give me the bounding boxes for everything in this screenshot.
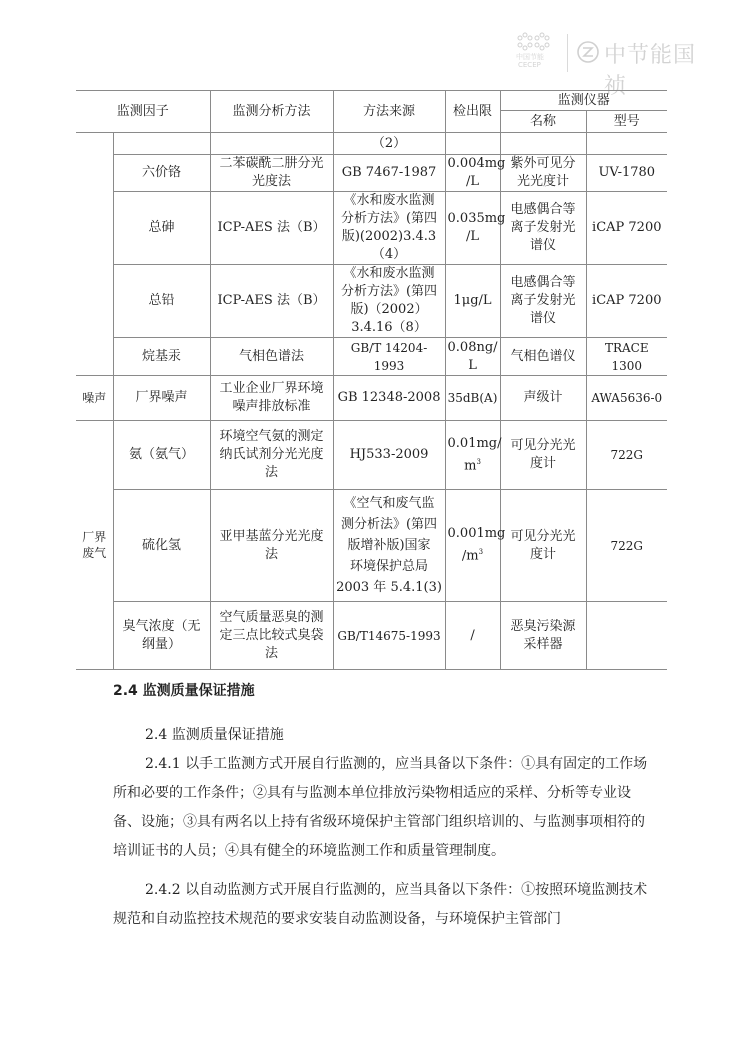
source-cell: 《水和废水监测分析方法》(第四版)(2002)3.4.3（4） xyxy=(333,192,445,265)
method-cell: 工业企业厂界环境噪声排放标准 xyxy=(210,376,333,421)
name-line: 度计 xyxy=(530,456,556,471)
factor-cell: 硫化氢 xyxy=(113,490,210,602)
table-row: 厂界废气 氨（氨气） 环境空气氨的测定纳氏试剂分光光度法 HJ533-2009 … xyxy=(76,421,667,490)
factor-cell xyxy=(113,133,210,155)
method-cell: 二苯碳酰二肼分光光度法 xyxy=(210,155,333,192)
table-row: 噪声 厂界噪声 工业企业厂界环境噪声排放标准 GB 12348-2008 35d… xyxy=(76,376,667,421)
method-line: 空气质量恶臭的测 xyxy=(220,610,324,625)
method-line: 法 xyxy=(265,547,278,562)
instrument-name-cell: 电感偶合等离子发射光谱仪 xyxy=(500,265,586,338)
instrument-name-cell: 气相色谱仪 xyxy=(500,338,586,376)
source-line: 分析方法》(第四 xyxy=(341,284,437,299)
factor-cell: 氨（氨气） xyxy=(113,421,210,490)
limit-line: m xyxy=(464,458,476,473)
paragraph-2-4-1: 2.4.1 以手工监测方式开展自行监测的，应当具备以下条件：①具有固定的工作场所… xyxy=(113,750,658,866)
limit-line: 0.08ng/ xyxy=(448,340,498,355)
category-cell-noise: 噪声 xyxy=(76,376,113,421)
instrument-name-cell: 可见分光光度计 xyxy=(500,490,586,602)
header-limit: 检出限 xyxy=(445,91,500,133)
factor-cell: 厂界噪声 xyxy=(113,376,210,421)
source-line: 3.4.16（8） xyxy=(351,320,427,335)
source-cell: 《水和废水监测分析方法》(第四版)（2002）3.4.16（8） xyxy=(333,265,445,338)
table-row: 硫化氢 亚甲基蓝分光光度法 《空气和废气监测分析法》(第四版增补版)国家环境保护… xyxy=(76,490,667,602)
source-cell: HJ533-2009 xyxy=(333,421,445,490)
factor-cell: 臭气浓度（无纲量） xyxy=(113,602,210,670)
instrument-model-cell: 722G xyxy=(586,490,667,602)
method-cell: 环境空气氨的测定纳氏试剂分光光度法 xyxy=(210,421,333,490)
method-cell xyxy=(210,133,333,155)
method-line: 法 xyxy=(265,465,278,480)
factor-cell: 总铅 xyxy=(113,265,210,338)
source-line: 测分析法》(第四 xyxy=(341,517,437,532)
limit-cell: 0.004mg/L xyxy=(445,155,500,192)
name-line: 电感偶合等 xyxy=(511,202,576,217)
header-method: 监测分析方法 xyxy=(210,91,333,133)
name-line: 电感偶合等 xyxy=(511,275,576,290)
source-line: 版增补版)国家 xyxy=(347,538,430,553)
header-instrument-model: 型号 xyxy=(586,111,667,133)
watermark-logo: 中国节能 CECEP 中节能国祯 xyxy=(510,32,710,72)
source-cell: GB 7467-1987 xyxy=(333,155,445,192)
limit-line: /m xyxy=(462,549,479,564)
limit-line: L xyxy=(468,358,477,373)
instrument-model-cell: AWA5636-0 xyxy=(586,376,667,421)
instrument-name-cell: 电感偶合等离子发射光谱仪 xyxy=(500,192,586,265)
header-factor: 监测因子 xyxy=(76,91,210,133)
factor-cell: 总砷 xyxy=(113,192,210,265)
table-row: 总砷 ICP-AES 法（B） 《水和废水监测分析方法》(第四版)(2002)3… xyxy=(76,192,667,265)
method-cell: 空气质量恶臭的测定三点比较式臭袋法 xyxy=(210,602,333,670)
source-cell: 《空气和废气监测分析法》(第四版增补版)国家环境保护总局2003 年 5.4.1… xyxy=(333,490,445,602)
name-line: 紫外可见分 xyxy=(511,156,576,171)
limit-cell: 0.001mg/m3 xyxy=(445,490,500,602)
paragraph-2-4-2: 2.4.2 以自动监测方式开展自行监测的，应当具备以下条件：①按照环境监测技术规… xyxy=(113,876,658,934)
limit-line: 0.004mg xyxy=(448,156,506,171)
name-line: 离子发射光 xyxy=(511,220,576,235)
name-line: 度计 xyxy=(530,547,556,562)
limit-cell: 1μg/L xyxy=(445,265,500,338)
name-line: 恶臭污染源 xyxy=(511,619,576,634)
source-line: 版)(2002)3.4.3 xyxy=(342,229,436,244)
table-row: （2） xyxy=(76,133,667,155)
limit-line: /L xyxy=(466,229,479,244)
source-cell: GB 12348-2008 xyxy=(333,376,445,421)
name-line: 光光度计 xyxy=(517,174,569,189)
source-line: 分析方法》(第四 xyxy=(341,211,437,226)
logo-divider xyxy=(567,34,568,72)
name-line: 采样器 xyxy=(524,637,563,652)
table-row: 六价铬 二苯碳酰二肼分光光度法 GB 7467-1987 0.004mg/L 紫… xyxy=(76,155,667,192)
source-cell: （2） xyxy=(333,133,445,155)
name-line: 可见分光光 xyxy=(511,438,576,453)
brand-emblem-icon xyxy=(576,40,600,64)
instrument-model-cell: iCAP 7200 xyxy=(586,265,667,338)
method-cell: ICP-AES 法（B） xyxy=(210,192,333,265)
watermark-org-en: CECEP xyxy=(518,61,541,69)
source-line: 版)（2002） xyxy=(350,302,427,317)
limit-cell: 0.01mg/m3 xyxy=(445,421,500,490)
instrument-model-cell xyxy=(586,602,667,670)
limit-cell: 0.08ng/L xyxy=(445,338,500,376)
table-row: 总铅 ICP-AES 法（B） 《水和废水监测分析方法》(第四版)（2002）3… xyxy=(76,265,667,338)
method-line: 噪声排放标准 xyxy=(233,399,311,414)
instrument-name-cell: 恶臭污染源采样器 xyxy=(500,602,586,670)
name-line: 谱仪 xyxy=(530,311,556,326)
source-line: 2003 年 5.4.1(3) xyxy=(336,580,442,595)
limit-line: /L xyxy=(466,174,479,189)
category-cell-water xyxy=(76,133,113,376)
limit-superscript: 3 xyxy=(479,548,483,556)
method-cell: 气相色谱法 xyxy=(210,338,333,376)
category-cell-gas: 厂界废气 xyxy=(76,421,113,670)
limit-superscript: 3 xyxy=(476,458,480,466)
source-line: 《水和废水监测 xyxy=(344,193,435,208)
instrument-name-cell: 可见分光光度计 xyxy=(500,421,586,490)
limit-line: 0.01mg/ xyxy=(448,436,502,451)
monitoring-methods-table: 监测因子 监测分析方法 方法来源 检出限 监测仪器 名称 型号 （2） 六价铬 … xyxy=(76,90,667,670)
section-subheading: 2.4 监测质量保证措施 xyxy=(145,721,690,750)
instrument-model-cell: UV-1780 xyxy=(586,155,667,192)
header-instrument: 监测仪器 xyxy=(500,91,667,111)
table-row: 臭气浓度（无纲量） 空气质量恶臭的测定三点比较式臭袋法 GB/T14675-19… xyxy=(76,602,667,670)
source-line: （4） xyxy=(372,247,406,262)
section-heading: 2.4 监测质量保证措施 xyxy=(113,680,255,700)
factor-line: 臭气浓度（无 xyxy=(123,619,201,634)
instrument-model-cell: iCAP 7200 xyxy=(586,192,667,265)
instrument-name-cell: 声级计 xyxy=(500,376,586,421)
method-cell: ICP-AES 法（B） xyxy=(210,265,333,338)
method-line: 法 xyxy=(265,646,278,661)
limit-cell: 0.035mg/L xyxy=(445,192,500,265)
factor-cell: 烷基汞 xyxy=(113,338,210,376)
instrument-name-cell: 紫外可见分光光度计 xyxy=(500,155,586,192)
cecep-rings-icon xyxy=(516,32,552,52)
method-line: 二苯碳酰二肼分光 xyxy=(220,156,324,171)
method-line: 工业企业厂界环境 xyxy=(220,381,324,396)
method-line: 纳氏试剂分光光度 xyxy=(220,447,324,462)
method-line: 环境空气氨的测定 xyxy=(220,429,324,444)
table-row: 烷基汞 气相色谱法 GB/T 14204-1993 0.08ng/L 气相色谱仪… xyxy=(76,338,667,376)
source-cell: GB/T14675-1993 xyxy=(333,602,445,670)
source-cell: GB/T 14204-1993 xyxy=(333,338,445,376)
limit-cell: / xyxy=(445,602,500,670)
method-line: 光度法 xyxy=(252,174,291,189)
instrument-model-cell: 722G xyxy=(586,421,667,490)
source-line: 环境保护总局 xyxy=(350,559,428,574)
method-line: 亚甲基蓝分光光度 xyxy=(220,529,324,544)
name-line: 可见分光光 xyxy=(511,529,576,544)
source-line: 《空气和废气监 xyxy=(344,496,435,511)
source-line: 《水和废水监测 xyxy=(344,266,435,281)
name-line: 离子发射光 xyxy=(511,293,576,308)
limit-cell xyxy=(445,133,500,155)
category-line: 废气 xyxy=(82,546,106,560)
instrument-name-cell xyxy=(500,133,586,155)
factor-cell: 六价铬 xyxy=(113,155,210,192)
method-cell: 亚甲基蓝分光光度法 xyxy=(210,490,333,602)
factor-line: 纲量） xyxy=(142,637,181,652)
limit-line: 0.035mg xyxy=(448,211,506,226)
limit-line: 0.001mg xyxy=(448,526,506,541)
limit-cell: 35dB(A) xyxy=(445,376,500,421)
header-source: 方法来源 xyxy=(333,91,445,133)
category-line: 厂界 xyxy=(82,530,106,544)
method-line: 定三点比较式臭袋 xyxy=(220,628,324,643)
instrument-model-cell xyxy=(586,133,667,155)
name-line: 谱仪 xyxy=(530,238,556,253)
header-instrument-name: 名称 xyxy=(500,111,586,133)
instrument-model-cell: TRACE 1300 xyxy=(586,338,667,376)
